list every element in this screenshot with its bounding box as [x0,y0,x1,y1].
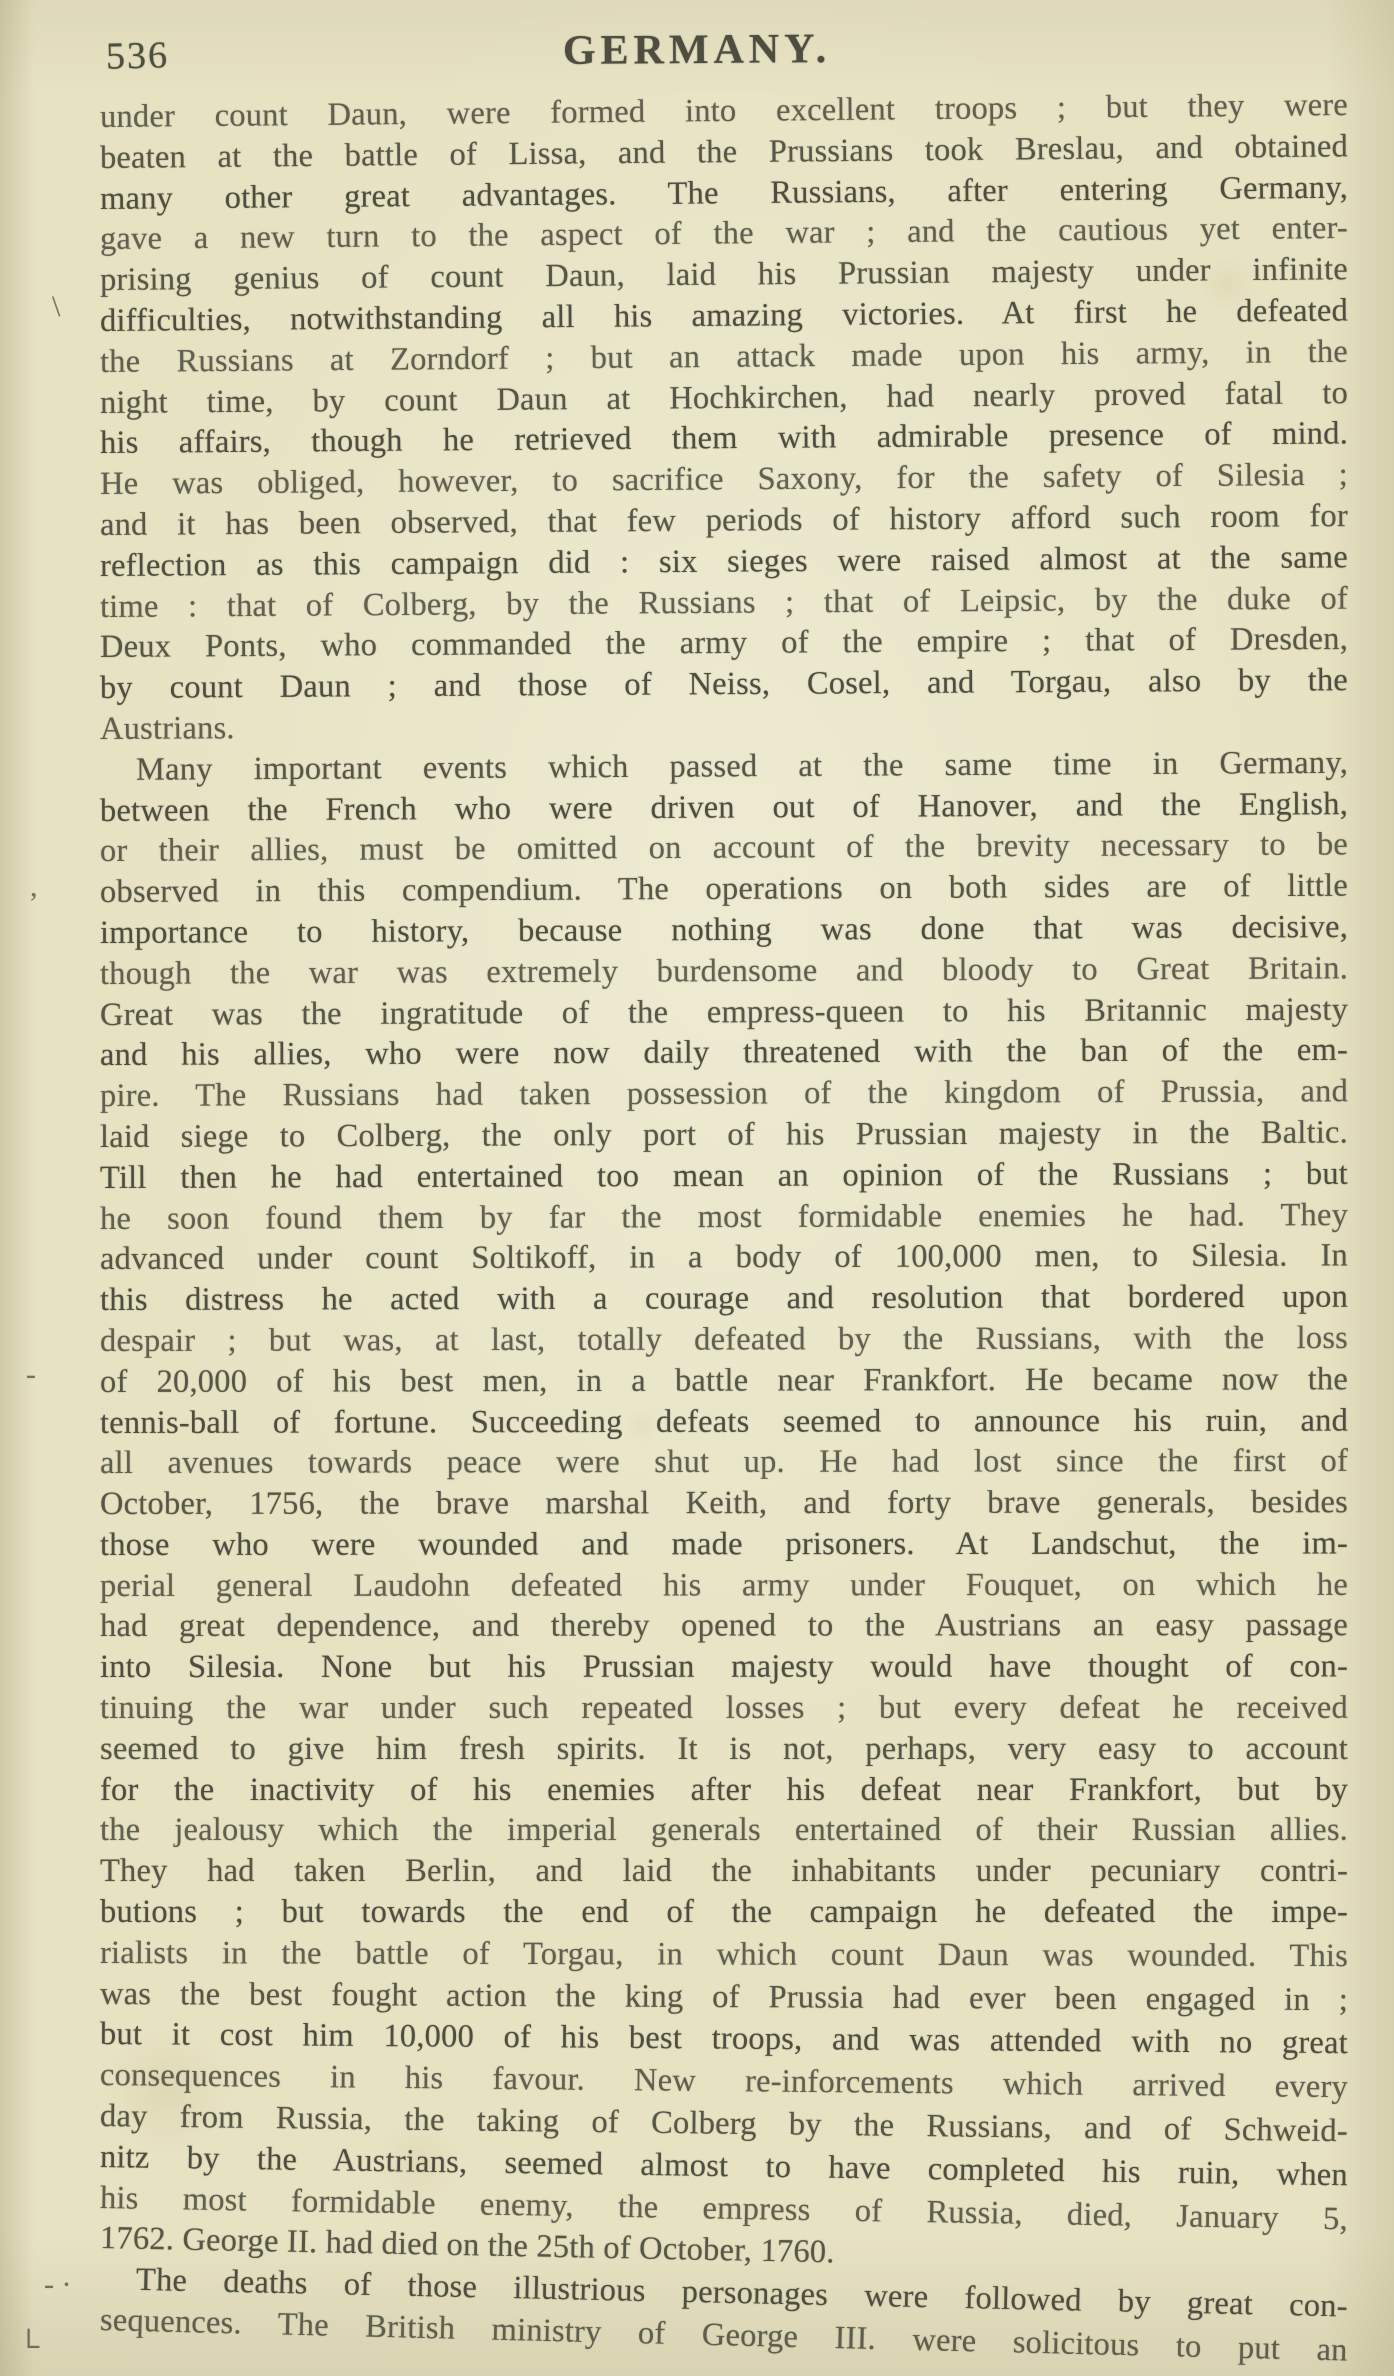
text-line: perial general Laudohn defeated his army… [100,1564,1348,1606]
margin-mark: └ [18,2330,39,2364]
text-line: laid siege to Colberg, the only port of … [100,1112,1348,1157]
text-line: Great was the ingratitude of the empress… [100,989,1348,1035]
text-line: seemed to give him fresh spirits. It is … [100,1729,1348,1770]
margin-mark: - [26,1358,36,1392]
text-line: of 20,000 of his best men, in a battle n… [100,1359,1348,1402]
text-line: They had taken Berlin, and laid the inha… [100,1851,1348,1892]
text-line: October, 1756, the brave marshal Keith, … [100,1482,1348,1525]
text-line: those who were wounded and made prisoner… [100,1523,1348,1565]
margin-mark: - · [44,2268,71,2302]
text-line: between the French who were driven out o… [100,784,1348,832]
text-line: importance to history, because nothing w… [100,907,1348,954]
margin-mark: \ [52,290,60,324]
text-line: into Silesia. None but his Prussian maje… [100,1647,1348,1688]
text-block: under count Daun, were formed into excel… [100,97,1348,2341]
text-line: Austrians. [100,701,1348,749]
text-line: Many important events which passed at th… [100,743,1348,791]
book-page: 536 GERMANY. under count Daun, were form… [0,0,1394,2376]
text-line: he soon found them by far the most formi… [100,1195,1348,1240]
text-line: had great dependence, and thereby opened… [100,1606,1348,1648]
text-line: rialists in the battle of Torgau, in whi… [100,1933,1348,1977]
text-line: despair ; but was, at last, totally defe… [100,1318,1348,1362]
text-line: Till then he had entertained too mean an… [100,1154,1348,1199]
text-line: all avenues towards peace were shut up. … [100,1441,1348,1484]
text-line: butions ; but towards the end of the cam… [100,1892,1348,1933]
text-line: for the inactivity of his enemies after … [100,1770,1348,1811]
text-line: the jealousy which the imperial generals… [100,1810,1348,1851]
text-line: tinuing the war under such repeated loss… [100,1688,1348,1729]
text-line: tennis-ball of fortune. Succeeding defea… [100,1400,1348,1443]
running-header-title: GERMANY. [0,21,1394,79]
text-line: pire. The Russians had taken possession … [100,1071,1348,1117]
text-line: observed in this compendium. The operati… [100,866,1348,913]
text-line: or their allies, must be omitted on acco… [100,825,1348,872]
margin-mark: , [30,870,38,904]
text-line: this distress he acted with a courage an… [100,1277,1348,1321]
text-line: though the war was extremely burdensome … [100,948,1348,994]
text-line: was the best fought action the king of P… [100,1974,1348,2021]
text-line: advanced under count Soltikoff, in a bod… [100,1236,1348,1280]
text-line: and his allies, who were now daily threa… [100,1030,1348,1076]
